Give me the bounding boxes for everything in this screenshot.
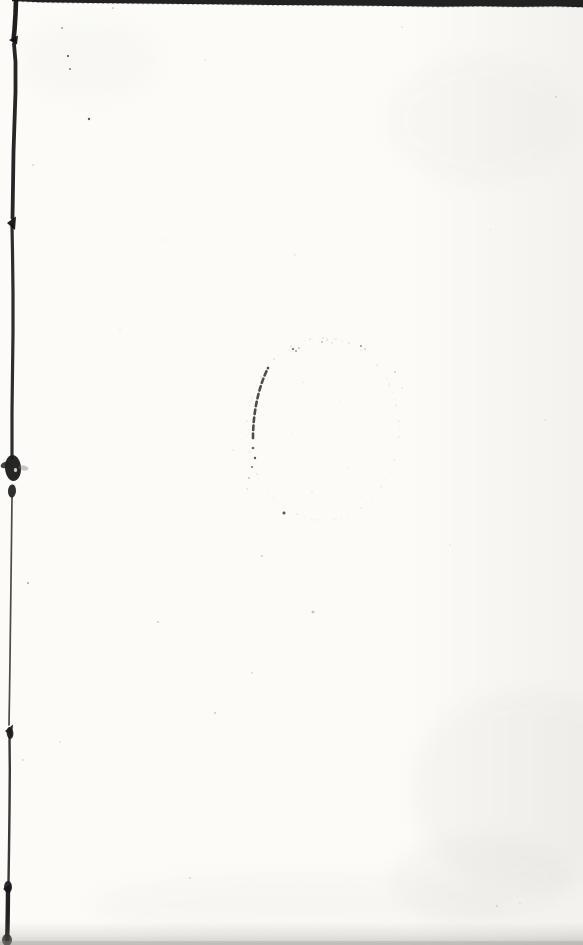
- speck: [157, 621, 159, 623]
- stamp-dot: [292, 348, 294, 350]
- stamp-dot: [393, 459, 395, 461]
- stamp-dot: [251, 466, 253, 468]
- stamp-dot: [380, 486, 381, 487]
- stamp-dot: [260, 376, 262, 378]
- speck: [59, 741, 61, 743]
- mottle-patch: [20, 20, 160, 100]
- stamp-dot: [364, 348, 366, 350]
- speck: [119, 329, 121, 331]
- speck: [401, 26, 403, 28]
- speck: [27, 582, 29, 584]
- stamp-dot: [296, 513, 298, 515]
- page-background: [0, 0, 583, 945]
- speck: [555, 96, 557, 98]
- stamp-dot: [256, 473, 258, 475]
- stamp-dot: [311, 491, 313, 493]
- thread-segment: [14, 0, 17, 40]
- stamp-dot: [360, 507, 362, 509]
- thread-segment: [12, 226, 13, 458]
- stamp-dot: [348, 342, 350, 344]
- stamp-dot: [394, 371, 396, 373]
- stamp-dot: [246, 488, 248, 490]
- thread-segment: [9, 736, 10, 882]
- stamp-dot: [395, 404, 397, 406]
- speck: [214, 712, 216, 714]
- stamp-dot: [398, 436, 399, 437]
- speck: [32, 164, 34, 166]
- stamp-dot: [295, 350, 297, 352]
- stamp-dot: [322, 337, 324, 339]
- stamp-dot: [273, 358, 275, 360]
- thread-knot: [14, 468, 17, 472]
- stamp-dot: [252, 447, 255, 450]
- scan-artifacts-svg: [0, 0, 583, 945]
- speck: [112, 7, 114, 9]
- stamp-dot: [246, 420, 247, 421]
- mottle-patch: [385, 55, 575, 185]
- stamp-dot: [232, 449, 234, 451]
- stamp-dot: [326, 339, 328, 341]
- speck: [61, 27, 63, 29]
- stamp-dot: [401, 387, 403, 389]
- speck: [189, 877, 191, 879]
- speck: [164, 239, 165, 240]
- stamp-dot: [254, 457, 256, 459]
- speck: [261, 555, 263, 557]
- mottle-patch: [390, 835, 570, 925]
- stamp-dot: [339, 401, 340, 402]
- speck: [312, 611, 315, 614]
- stamp-dot: [291, 431, 293, 433]
- speck: [489, 229, 491, 231]
- stamp-dot: [315, 519, 316, 520]
- speck: [544, 419, 546, 421]
- stamp-dot: [398, 420, 399, 421]
- stamp-dot: [335, 518, 336, 519]
- stamp-dot: [283, 512, 286, 515]
- speck: [449, 544, 451, 546]
- stamp-dot: [331, 342, 332, 343]
- speck: [67, 55, 69, 57]
- stamp-dot: [249, 451, 250, 452]
- stamp-dot: [251, 397, 252, 398]
- stamp-dot: [335, 338, 336, 339]
- speck: [294, 254, 296, 256]
- speck: [69, 68, 71, 70]
- stamp-dot: [273, 498, 274, 499]
- stamp-dot: [298, 347, 300, 349]
- speck: [22, 759, 24, 761]
- speck: [251, 672, 253, 674]
- speck: [88, 118, 90, 120]
- bottom-edge-shadow: [0, 922, 583, 945]
- speck: [519, 902, 521, 904]
- stamp-dot: [360, 349, 361, 350]
- stamp-dot: [290, 345, 292, 347]
- speck: [496, 905, 498, 907]
- speck: [204, 59, 206, 61]
- stamp-dot: [321, 341, 323, 343]
- stamp-dot: [309, 338, 311, 340]
- stamp-dot: [376, 364, 378, 366]
- bottom-band-edge: [0, 941, 583, 945]
- stamp-dot: [329, 439, 330, 440]
- stamp-dot: [360, 345, 362, 347]
- stamp-dot: [347, 467, 349, 469]
- stamp-dot: [302, 381, 304, 383]
- stamp-dot: [388, 383, 389, 384]
- stamp-dot: [248, 477, 250, 479]
- scanned-book-page: [0, 0, 583, 945]
